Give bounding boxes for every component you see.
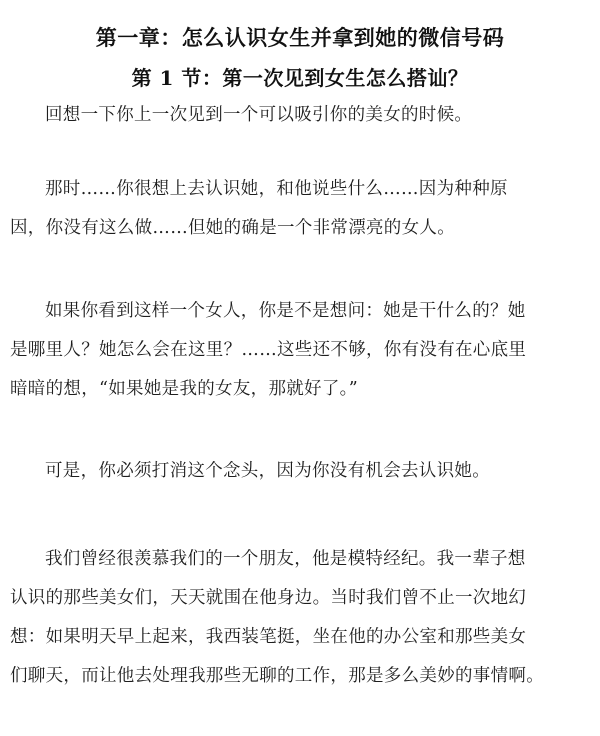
paragraph-5: 我们曾经很羡慕我们的一个朋友，他是模特经纪。我一辈子想 认识的那些美女们，天天就… [10, 540, 584, 696]
paragraph-line: 我们曾经很羡慕我们的一个朋友，他是模特经纪。我一辈子想 [10, 540, 584, 579]
document-page: 第一章：怎么认识女生并拿到她的微信号码 第 1 节：第一次见到女生怎么搭讪？ 回… [0, 0, 600, 736]
paragraph-line: 认识的那些美女们，天天就围在他身边。当时我们曾不止一次地幻 [10, 579, 584, 618]
paragraph-line: 那时……你很想上去认识她，和他说些什么……因为种种原 [10, 170, 584, 209]
paragraph-line: 暗暗的想，“如果她是我的女友，那就好了。” [10, 370, 584, 409]
section-title: 第 1 节：第一次见到女生怎么搭讪？ [0, 62, 600, 91]
chapter-title: 第一章：怎么认识女生并拿到她的微信号码 [0, 22, 600, 52]
paragraph-line: 可是，你必须打消这个念头，因为你没有机会去认识她。 [10, 452, 584, 491]
paragraph-3: 如果你看到这样一个女人，你是不是想问：她是干什么的？她 是哪里人？她怎么会在这里… [10, 292, 584, 409]
paragraph-2: 那时……你很想上去认识她，和他说些什么……因为种种原 因，你没有这么做……但她的… [10, 170, 584, 248]
paragraph-line: 是哪里人？她怎么会在这里？……这些还不够，你有没有在心底里 [10, 331, 584, 370]
paragraph-line: 们聊天，而让他去处理我那些无聊的工作，那是多么美妙的事情啊。 [10, 657, 584, 696]
paragraph-line: 回想一下你上一次见到一个可以吸引你的美女的时候。 [10, 96, 584, 135]
paragraph-line: 如果你看到这样一个女人，你是不是想问：她是干什么的？她 [10, 292, 584, 331]
paragraph-line: 想：如果明天早上起来，我西装笔挺，坐在他的办公室和那些美女 [10, 618, 584, 657]
paragraph-4: 可是，你必须打消这个念头，因为你没有机会去认识她。 [10, 452, 584, 491]
paragraph-line: 因，你没有这么做……但她的确是一个非常漂亮的女人。 [10, 209, 584, 248]
paragraph-1: 回想一下你上一次见到一个可以吸引你的美女的时候。 [10, 96, 584, 135]
